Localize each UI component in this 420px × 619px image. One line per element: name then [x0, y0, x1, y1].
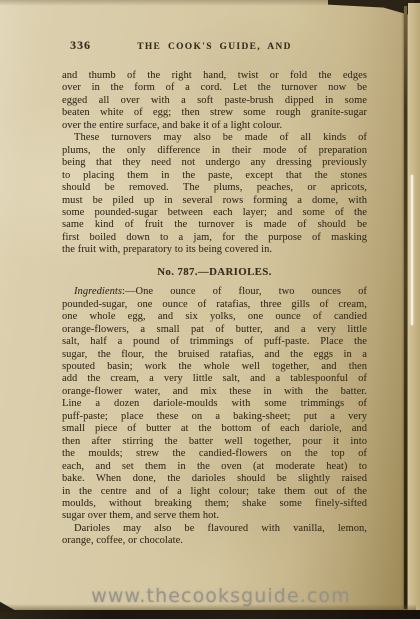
text-line: add the cream, a very little salt, and a… — [62, 373, 367, 385]
text-line: over in the form of a cord. Let the turn… — [62, 82, 367, 94]
text-line: to placing them in the paste, except tha… — [62, 170, 367, 182]
paragraph-dariole-flavours: Darioles may also be flavoured with vani… — [62, 523, 367, 548]
text-line: and thumb of the right hand, twist or fo… — [62, 70, 367, 82]
running-title: THE COOK'S GUIDE, AND — [62, 41, 367, 53]
text-line: salt, half a pound of trimmings of puff-… — [62, 336, 367, 348]
text-line: bake. When done, the darioles should be … — [62, 473, 367, 485]
text-segment: :—One ounce of flour, two ounces of — [122, 286, 367, 297]
text-line: pounded-sugar, one ounce of ratafias, th… — [62, 299, 367, 311]
ingredients-label: Ingredients — [74, 286, 122, 297]
text-line: first boiled down to a jam, for the purp… — [62, 232, 367, 244]
text-line: sugar over them, and serve them hot. — [62, 510, 367, 522]
text-line: plums, the only difference in their mode… — [62, 145, 367, 157]
paragraph-darioles-recipe: Ingredients:—One ounce of flour, two oun… — [62, 286, 367, 523]
printed-page: 336 THE COOK'S GUIDE, AND and thumb of t… — [62, 40, 367, 548]
text-line: Ingredients:—One ounce of flour, two oun… — [62, 286, 367, 298]
text-line: Darioles may also be flavoured with vani… — [62, 523, 367, 535]
recipe-heading: No. 787.—DARIOLES. — [62, 266, 367, 278]
text-line: spouted basin; work the whole well toget… — [62, 361, 367, 373]
text-line: then after stirring the batter well toge… — [62, 436, 367, 448]
text-line: one whole egg, and six yolks, one ounce … — [62, 311, 367, 323]
text-line: some pounded-sugar between each layer; a… — [62, 207, 367, 219]
text-line: puff-paste; place these on a baking-shee… — [62, 411, 367, 423]
adjacent-page-edge — [408, 3, 420, 611]
book-page-photo: 336 THE COOK'S GUIDE, AND and thumb of t… — [0, 0, 420, 619]
paragraph-turnovers-plums: These turnovers may also be made of all … — [62, 132, 367, 257]
photo-dark-band-bottom — [0, 610, 420, 619]
paragraph-turnover-continuation: and thumb of the right hand, twist or fo… — [62, 70, 367, 132]
text-line: orange-flower water, and mix these in wi… — [62, 386, 367, 398]
text-line: being that they need not undergo any dre… — [62, 157, 367, 169]
page-edge-highlight — [411, 175, 413, 325]
text-line: orange-flowers, a small pat of butter, a… — [62, 324, 367, 336]
text-line: small piece of butter at the bottom of e… — [62, 423, 367, 435]
text-line: These turnovers may also be made of all … — [62, 132, 367, 144]
text-line: over the entire surface, and bake it of … — [62, 120, 367, 132]
page-edge-crease — [404, 6, 407, 609]
text-line: orange, coffee, or chocolate. — [62, 535, 367, 547]
text-line: moulds, without breaking them; shake som… — [62, 498, 367, 510]
text-line: the moulds; strew the candied-flowers on… — [62, 448, 367, 460]
page-header: 336 THE COOK'S GUIDE, AND — [62, 40, 367, 53]
text-line: Line a dozen dariole-moulds with some tr… — [62, 398, 367, 410]
text-line: same kind of fruit the turnover is made … — [62, 219, 367, 231]
text-line: beaten white of egg; then strew some rou… — [62, 107, 367, 119]
text-line: egged all over with a soft paste-brush d… — [62, 95, 367, 107]
text-line: the fruit with, preparatory to its being… — [62, 244, 367, 256]
text-line: must be piled up in several rows forming… — [62, 195, 367, 207]
text-line: sugar, the flour, the bruised ratafias, … — [62, 349, 367, 361]
text-line: in the centre and of a light colour; tak… — [62, 486, 367, 498]
text-line: each, and set them in the oven (at moder… — [62, 461, 367, 473]
text-line: should be removed. The plums, peaches, o… — [62, 182, 367, 194]
